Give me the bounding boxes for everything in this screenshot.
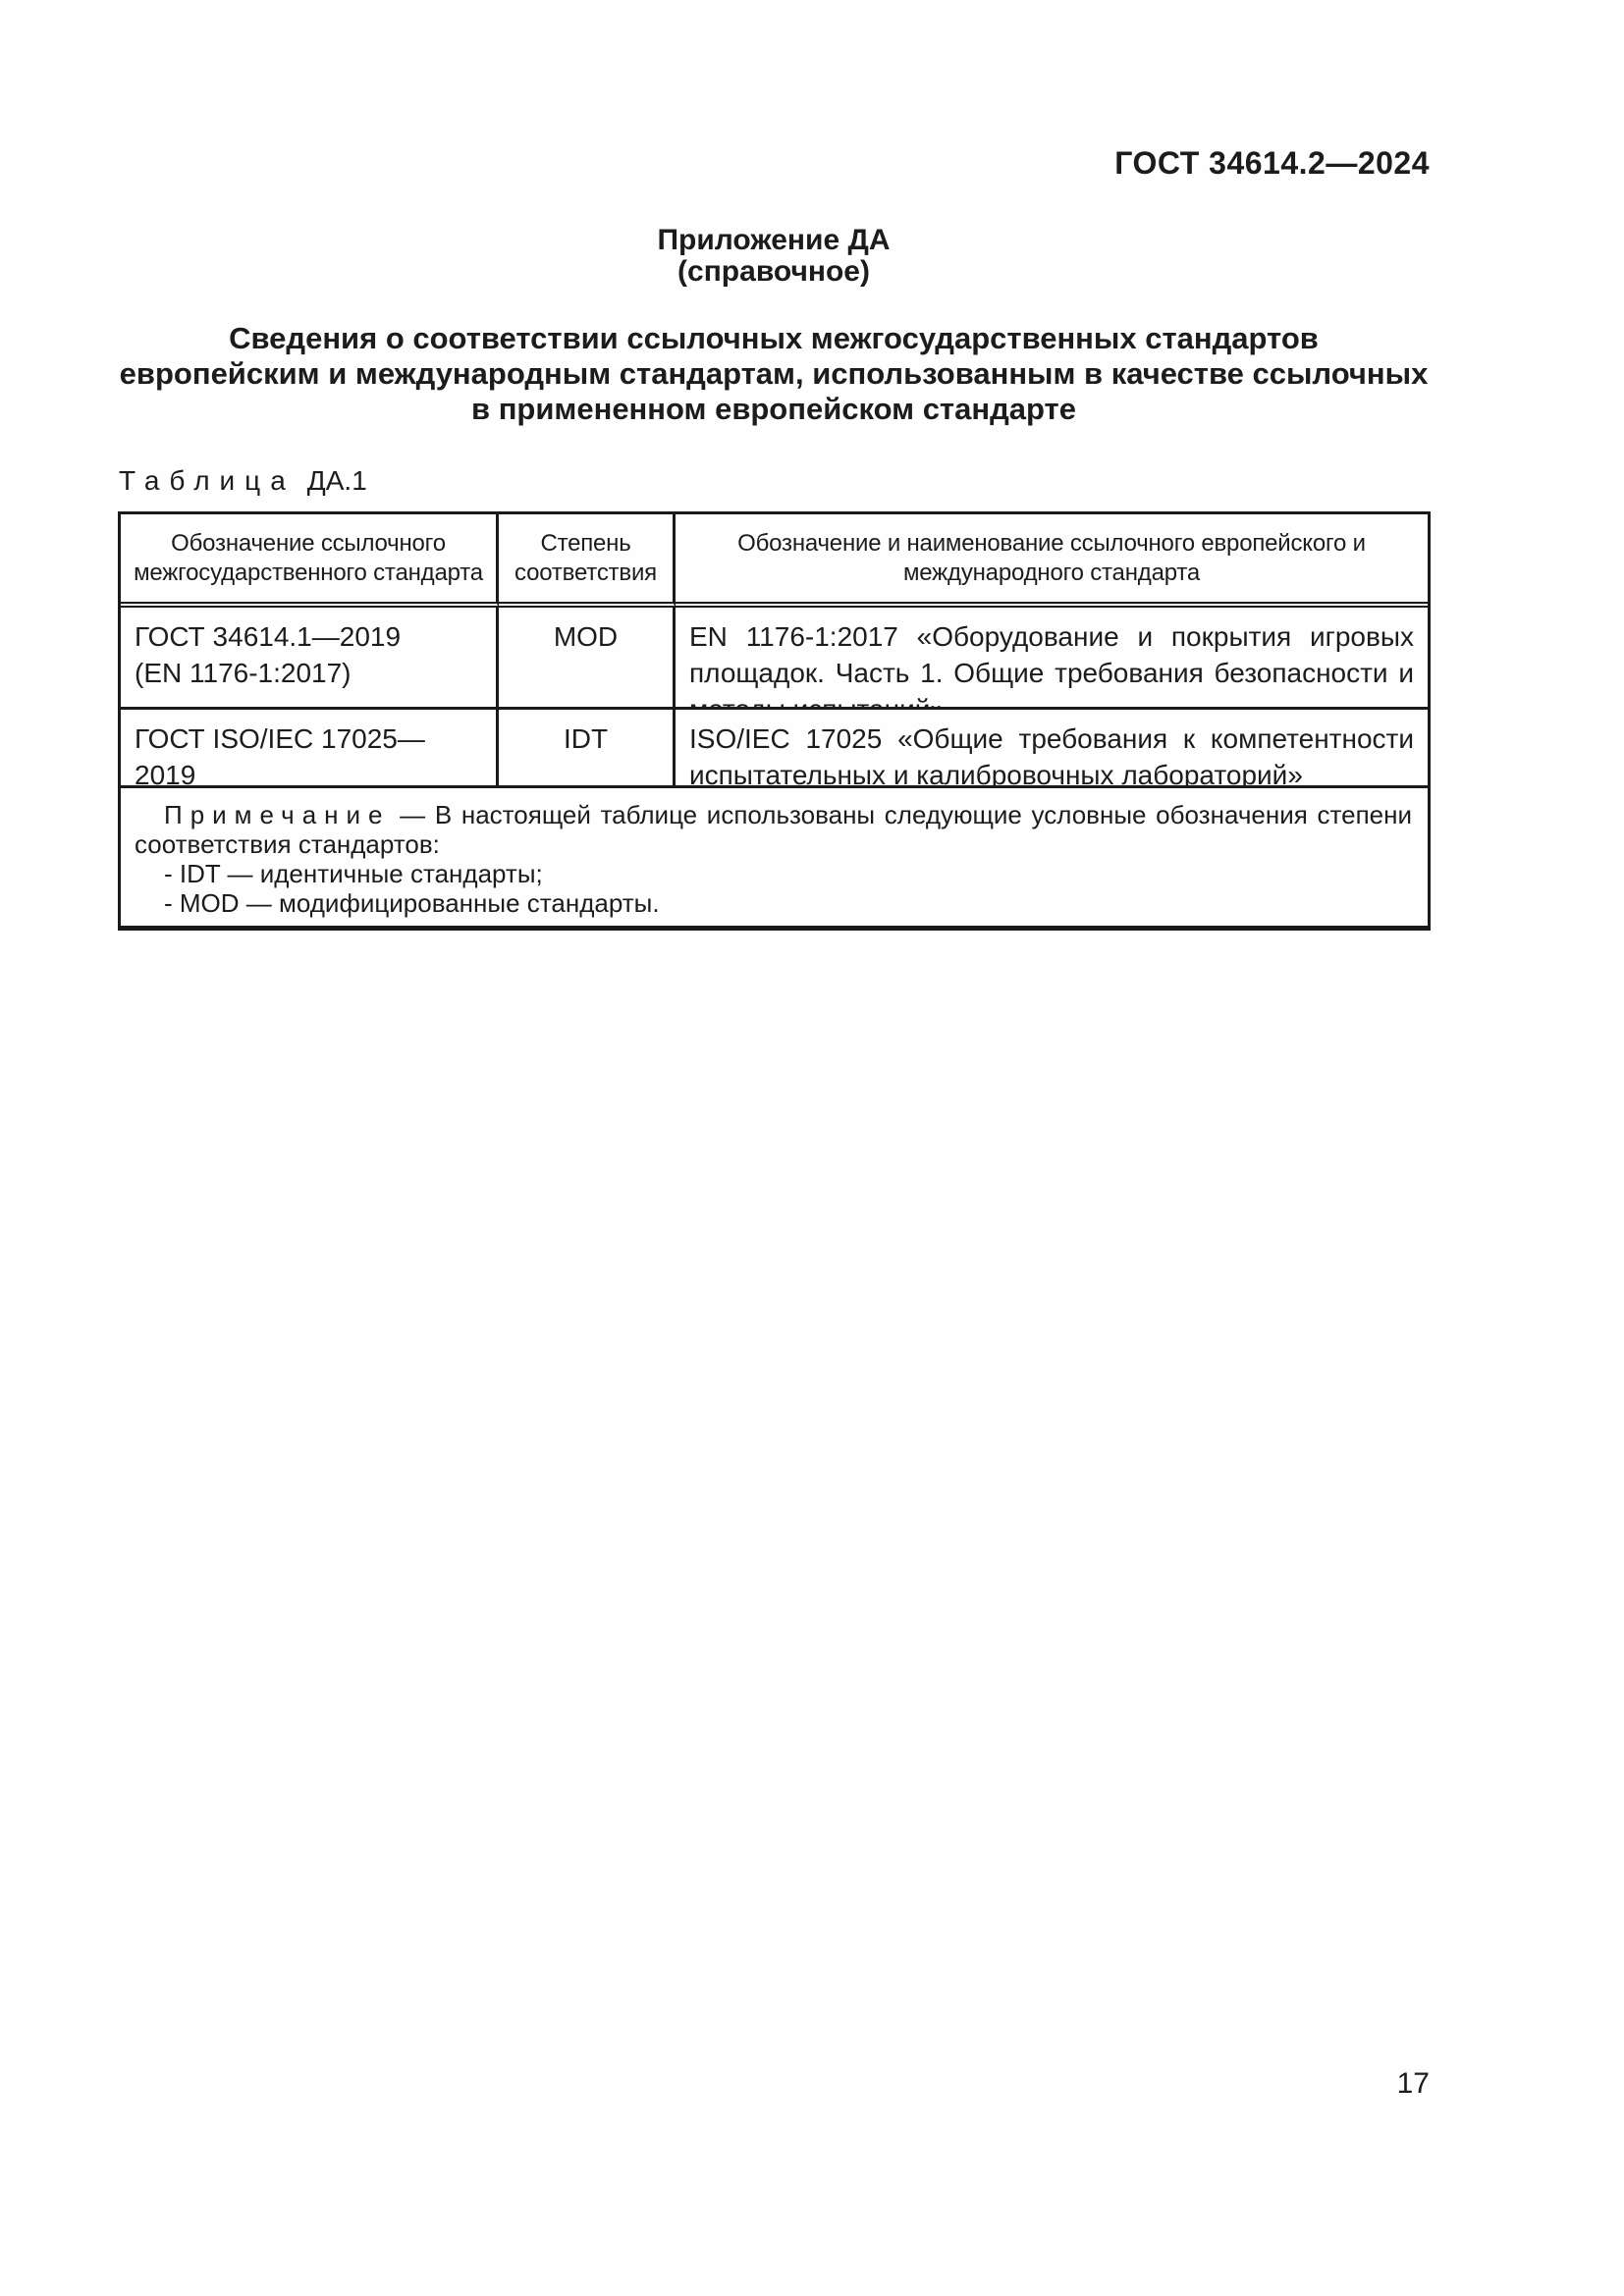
page-title-line: в примененном европейском стандарте: [118, 392, 1430, 427]
column-header-degree: Степень соответствия: [499, 514, 676, 608]
document-page: ГОСТ 34614.2—2024 Приложение ДА (справоч…: [0, 0, 1624, 2296]
table-caption-word: Таблица: [119, 465, 296, 496]
page-number: 17: [118, 2067, 1430, 2101]
correspondence-table: Обозначение ссылочного межгосударственно…: [118, 511, 1431, 931]
column-header-standard: Обозначение ссылочного межгосударственно…: [121, 514, 499, 608]
page-title-line: европейским и международным стандартам, …: [118, 356, 1430, 392]
page-title: Сведения о соответствии ссылочных межгос…: [118, 321, 1430, 427]
table-note-label: Примечание: [164, 800, 391, 829]
annex-subtitle: (справочное): [118, 256, 1430, 288]
column-header-reference: Обозначение и наименование ссылочного ев…: [676, 514, 1428, 608]
table-cell-standard: ГОСТ 34614.1—2019 (EN 1176-1:2017): [121, 608, 499, 710]
table-cell-degree: MOD: [499, 608, 676, 710]
table-cell-degree: IDT: [499, 710, 676, 788]
table-note-item: - IDT — идентичные стандарты;: [164, 859, 1412, 888]
table-cell-standard: ГОСТ ISO/IEC 17025—2019: [121, 710, 499, 788]
table-cell-reference: EN 1176-1:2017 «Оборудование и покрытия …: [676, 608, 1428, 710]
table-caption: ТаблицаДА.1: [119, 465, 367, 497]
annex-title: Приложение ДА: [118, 225, 1430, 256]
doc-code-header: ГОСТ 34614.2—2024: [118, 145, 1430, 182]
table-caption-number: ДА.1: [307, 465, 367, 496]
table-cell-reference: ISO/IEC 17025 «Общие требования к компет…: [676, 710, 1428, 788]
annex-heading: Приложение ДА (справочное): [118, 225, 1430, 288]
table-note-paragraph: Примечание — В настоящей таблице использ…: [135, 800, 1412, 859]
page-title-line: Сведения о соответствии ссылочных межгос…: [118, 321, 1430, 356]
table-note-item: - MOD — модифицированные стандарты.: [164, 888, 1412, 918]
table-note: Примечание — В настоящей таблице использ…: [121, 788, 1428, 926]
